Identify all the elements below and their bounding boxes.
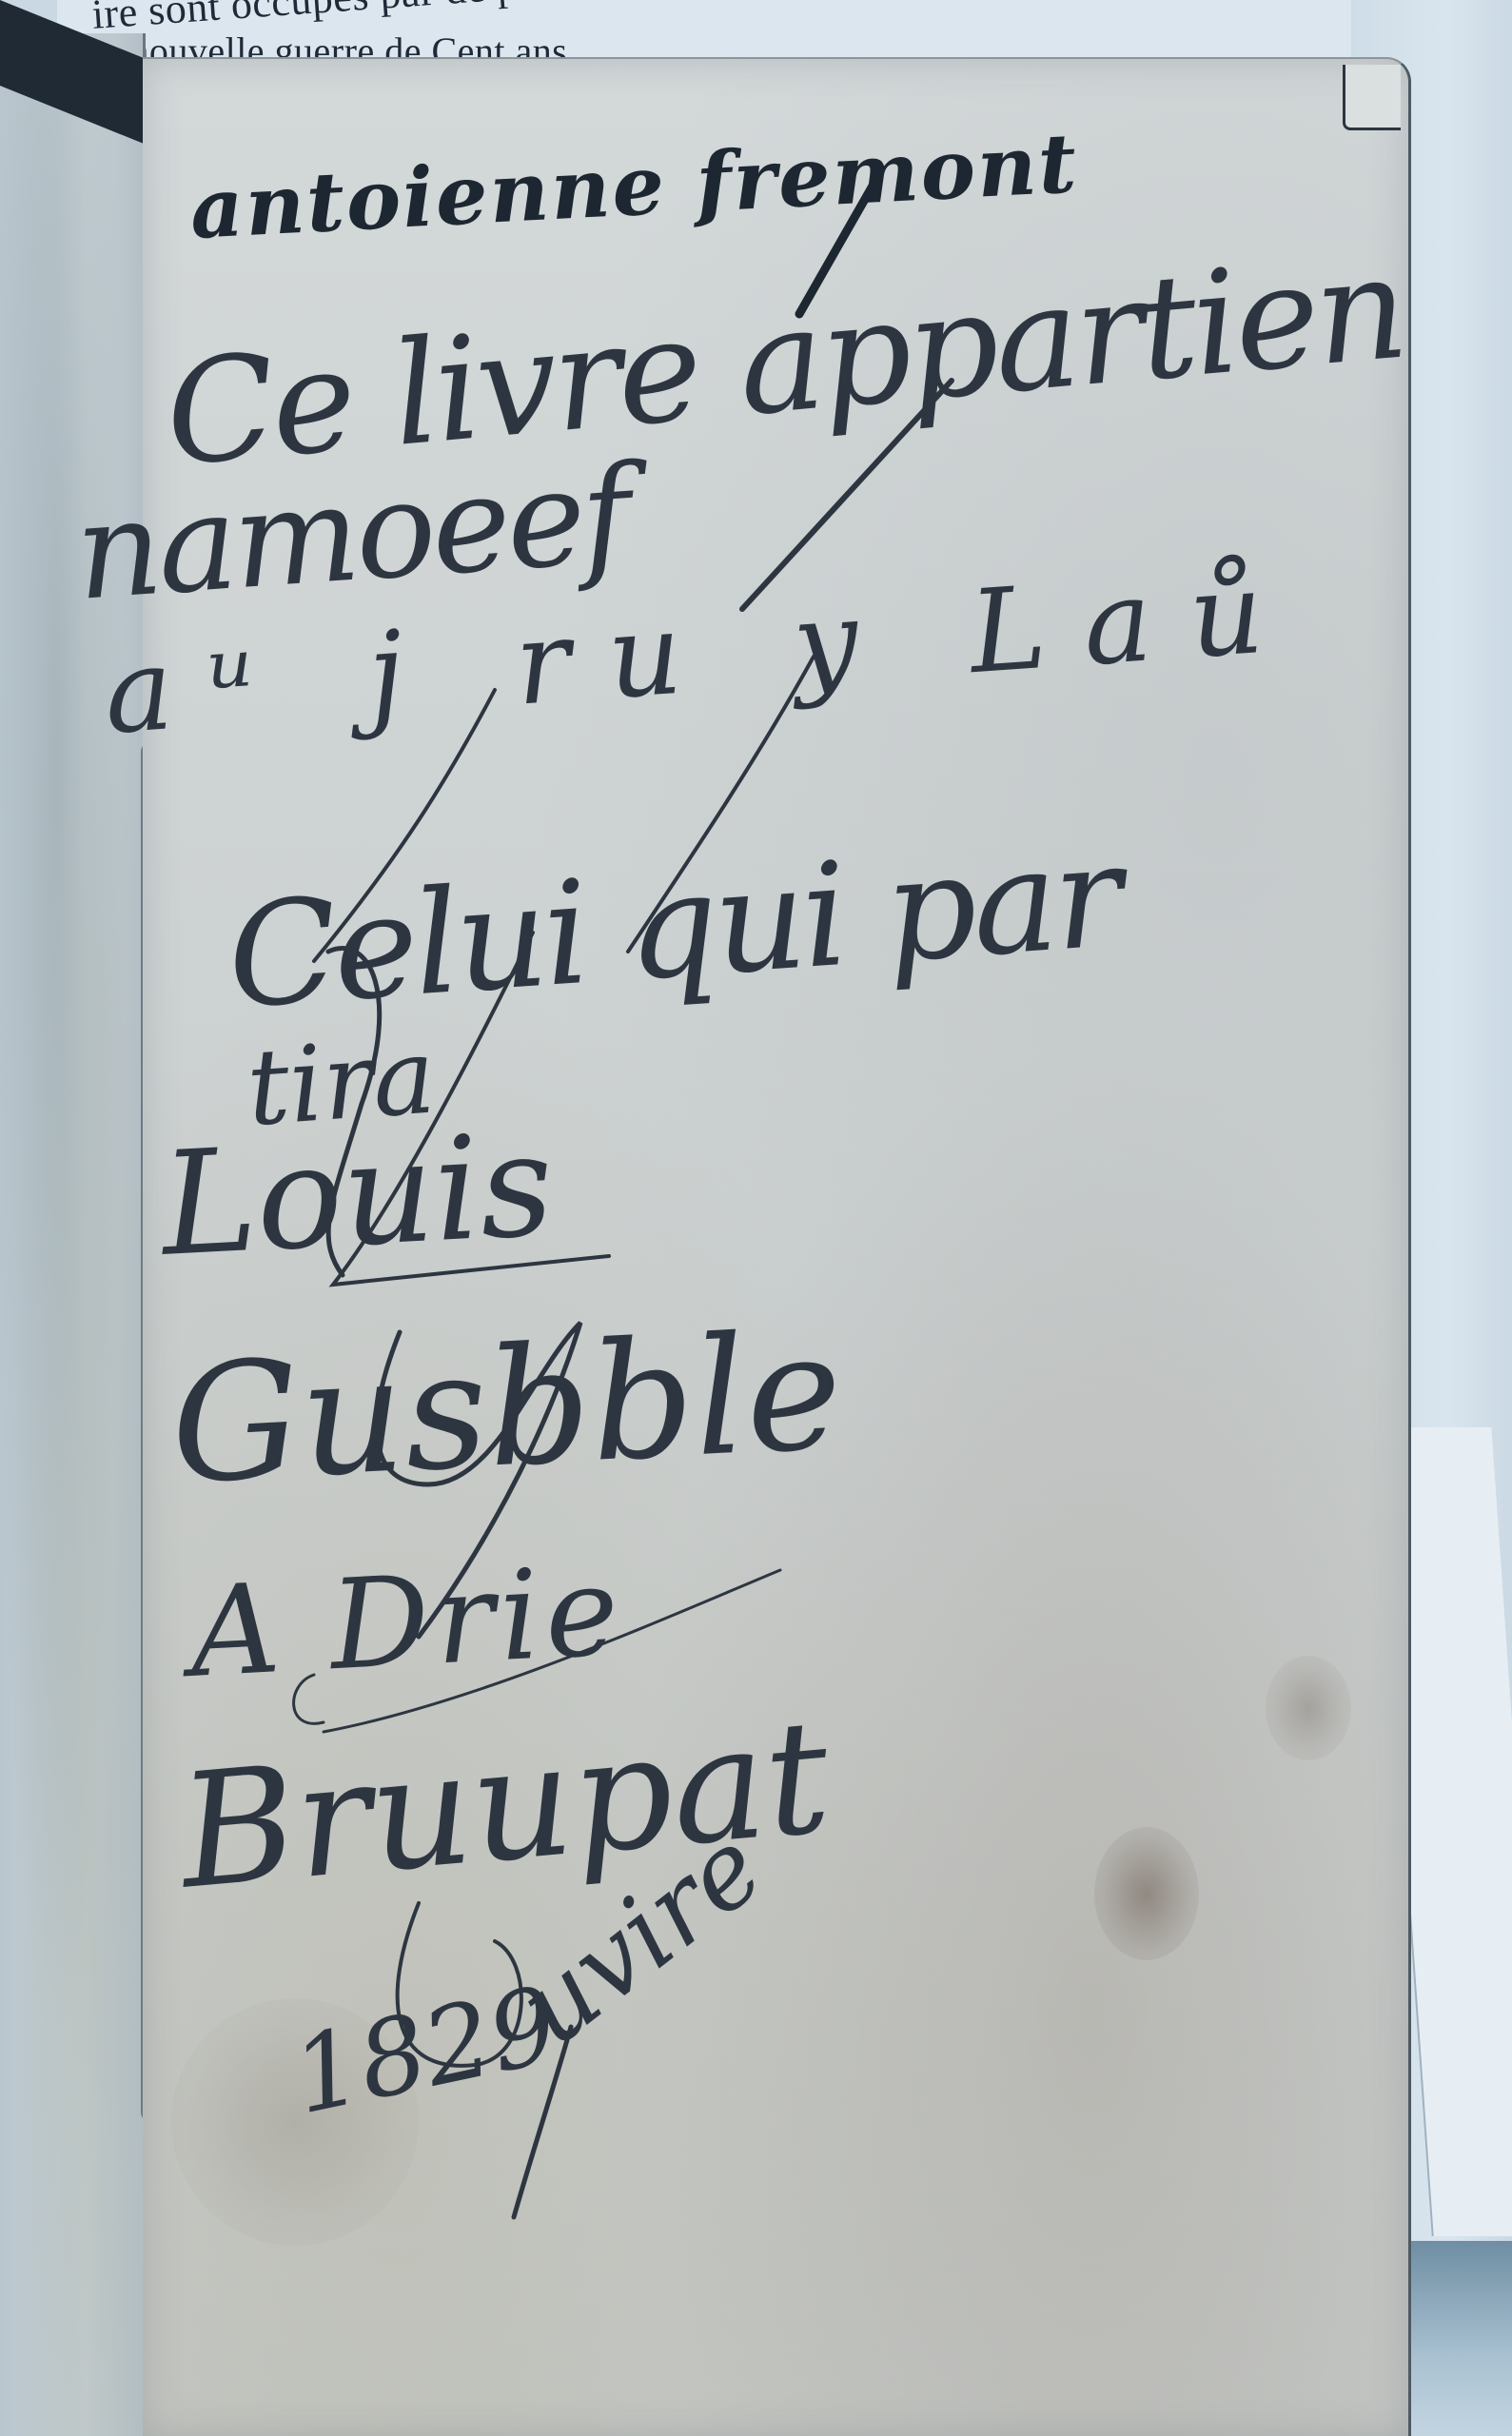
inscription-line-8: A Drie [187, 1538, 627, 1705]
pastedown-page [0, 33, 146, 2436]
inscription-line-7: Gusbble [167, 1297, 847, 1521]
background-shadow [1404, 2241, 1512, 2436]
stain-mark [1266, 1656, 1351, 1760]
dog-ear-corner [1343, 65, 1401, 130]
stain-mark [1094, 1827, 1199, 1960]
inscription-line-6: Louis [157, 1103, 557, 1288]
